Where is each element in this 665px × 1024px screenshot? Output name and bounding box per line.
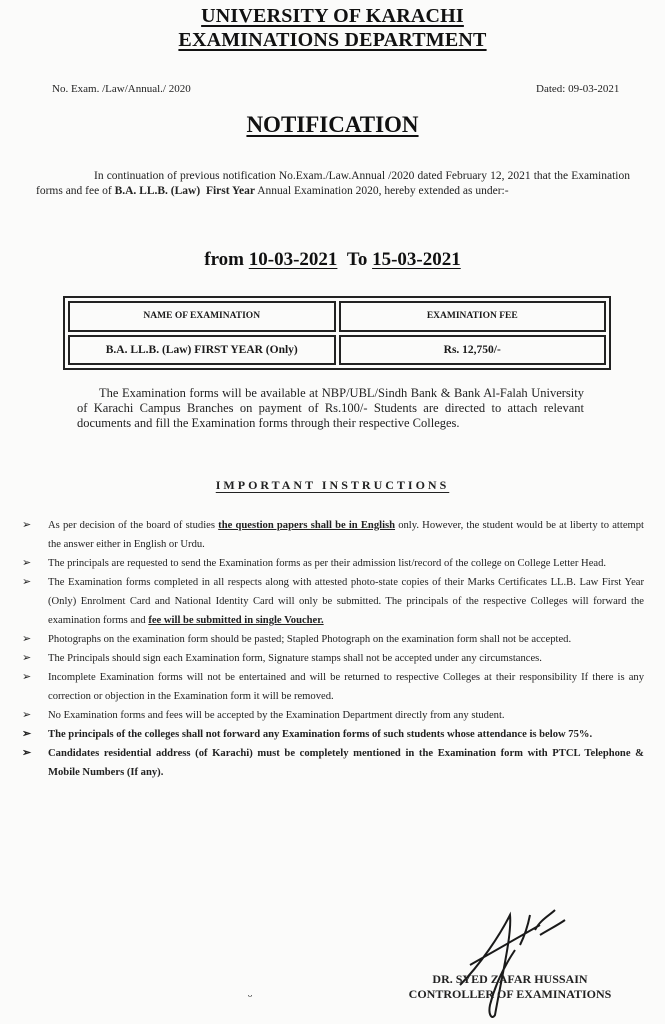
instruction-text: Photographs on the examination form shou…	[48, 634, 571, 645]
signatory-designation: CONTROLLER OF EXAMINATIONS	[360, 987, 660, 1002]
intro-year: First Year	[206, 185, 255, 197]
instruction-item: ➢Incomplete Examination forms will not b…	[22, 668, 644, 706]
intro-paragraph: In continuation of previous notification…	[36, 169, 630, 199]
instructions-heading: IMPORTANT INSTRUCTIONS	[0, 478, 665, 493]
instruction-item: ➢The Principals should sign each Examina…	[22, 649, 644, 668]
reference-number: No. Exam. /Law/Annual./ 2020	[52, 83, 191, 95]
instruction-text: The principals of the colleges shall not…	[48, 729, 592, 740]
instruction-text: The principals are requested to send the…	[48, 558, 606, 569]
instruction-item: ➢Photographs on the examination form sho…	[22, 630, 644, 649]
instruction-emphasis: the question papers shall be in English	[218, 520, 395, 531]
from-date: 10-03-2021	[249, 249, 338, 270]
fee-table: NAME OF EXAMINATION EXAMINATION FEE B.A.…	[63, 296, 611, 370]
to-date: 15-03-2021	[372, 249, 461, 270]
intro-text-2: Annual Examination 2020, hereby extended…	[255, 185, 509, 197]
from-label: from	[204, 249, 244, 270]
to-label: To	[347, 249, 367, 270]
instruction-item: ➢The principals are requested to send th…	[22, 554, 644, 573]
bullet-arrow-icon: ➢	[22, 744, 31, 763]
table-header-fee: EXAMINATION FEE	[339, 301, 607, 332]
instruction-item: ➢Candidates residential address (of Kara…	[22, 744, 644, 782]
bullet-arrow-icon: ➢	[22, 573, 31, 592]
bullet-arrow-icon: ➢	[22, 516, 31, 535]
bullet-arrow-icon: ➢	[22, 706, 31, 725]
page-title: NOTIFICATION	[0, 112, 665, 138]
instruction-text: As per decision of the board of studies	[48, 520, 218, 531]
instruction-text: The Examination forms completed in all r…	[48, 577, 644, 626]
signatory-block: DR. SYED ZAFAR HUSSAIN CONTROLLER OF EXA…	[360, 972, 660, 1002]
bullet-arrow-icon: ➢	[22, 725, 31, 744]
extension-dates: from 10-03-2021 To 15-03-2021	[0, 249, 665, 271]
dated: Dated: 09-03-2021	[536, 83, 619, 95]
instruction-item: ➢The principals of the colleges shall no…	[22, 725, 644, 744]
department-name: EXAMINATIONS DEPARTMENT	[0, 28, 665, 52]
bullet-arrow-icon: ➢	[22, 630, 31, 649]
instruction-item: ➢As per decision of the board of studies…	[22, 516, 644, 554]
bullet-arrow-icon: ➢	[22, 649, 31, 668]
instruction-text: The Principals should sign each Examinat…	[48, 653, 542, 664]
signature-icon	[440, 905, 580, 1024]
instruction-item: ➢The Examination forms completed in all …	[22, 573, 644, 630]
instruction-item: ➢No Examination forms and fees will be a…	[22, 706, 644, 725]
table-cell-fee: Rs. 12,750/-	[339, 335, 607, 366]
instruction-text: No Examination forms and fees will be ac…	[48, 710, 505, 721]
instruction-text: Candidates residential address (of Karac…	[48, 748, 644, 778]
instruction-text: Incomplete Examination forms will not be…	[48, 672, 644, 702]
instruction-emphasis: fee will be submitted in single Voucher.	[148, 615, 323, 626]
instructions-list: ➢As per decision of the board of studies…	[22, 516, 644, 782]
bullet-arrow-icon: ➢	[22, 668, 31, 687]
signatory-name: DR. SYED ZAFAR HUSSAIN	[360, 972, 660, 987]
intro-program: B.A. LL.B. (Law)	[115, 185, 201, 197]
table-cell-exam: B.A. LL.B. (Law) FIRST YEAR (Only)	[68, 335, 336, 366]
table-header-exam: NAME OF EXAMINATION	[68, 301, 336, 332]
bullet-arrow-icon: ➢	[22, 554, 31, 573]
university-name: UNIVERSITY OF KARACHI	[0, 4, 665, 28]
availability-paragraph: The Examination forms will be available …	[77, 386, 584, 431]
scan-mark: ᵕ	[248, 990, 252, 1006]
